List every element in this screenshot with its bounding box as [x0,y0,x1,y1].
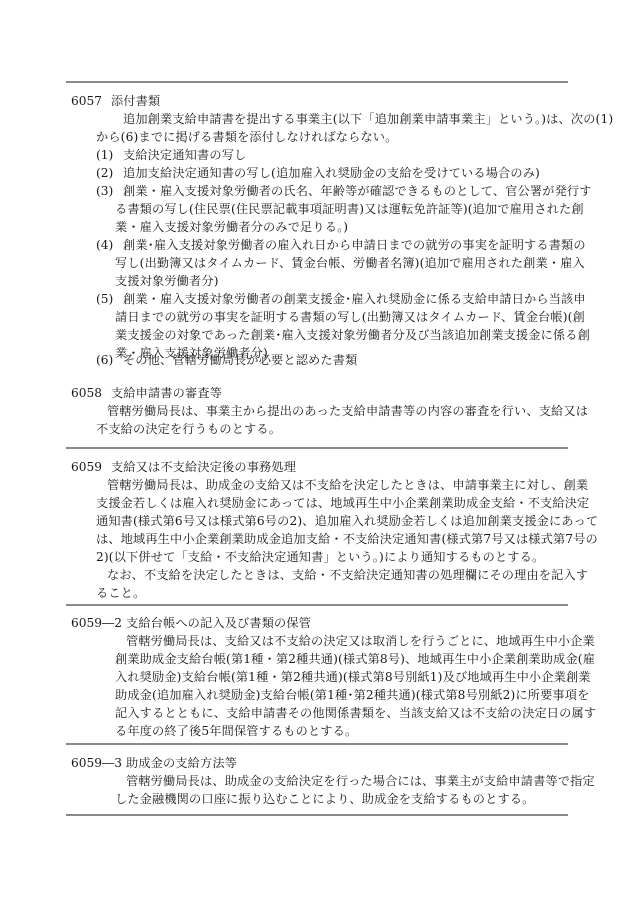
body-line: 助成金(追加雇入れ奨励金)支給台帳(第1種･第2種共通)(様式第8号別紙2)に所… [115,686,567,704]
item-label: (6) [96,351,113,369]
item-label: (1) [96,146,113,164]
item-text: 業・雇入支援対象労働者分のみで足りる。) [115,218,348,236]
divider [66,447,568,449]
item-text: 請日までの就労の事実を証明する書類の写し(出勤簿又はタイムカード、賃金台帳)(創 [115,308,567,326]
body-line: なお、不支給を決定したときは、支給・不支給決定通知書の処理欄にその理由を記入す [107,566,567,584]
body-line: は、地域再生中小企業創業助成金追加支給・不支給決定通知書(様式第7号又は様式第7… [96,530,567,548]
divider-top [66,81,568,83]
item-label: (3) [96,182,113,200]
item-label: (2) [96,164,113,182]
body-line: 不支給の決定を行うものとする。 [96,420,281,438]
item-text: 写し(出勤簿又はタイムカード、賃金台帳、労働者名簿)(追加で雇用された創業・雇入 [115,254,567,272]
item-text: 創業・雇入支援対象労働者の氏名、年齢等が確認できるものとして、官公署が発行す [123,182,567,200]
item-text: 創業･雇入支援対象労働者の雇入れ日から申請日までの就労の事実を証明する書類の [123,236,567,254]
item-text: る書類の写し(住民票(住民票記載事項証明書)又は運転免許証等)(追加で雇用された… [115,200,567,218]
section-title: 支給申請書の審査等 [111,384,222,402]
body-line: 通知書(様式第6号又は様式第6号の2)、追加雇入れ奨励金若しくは追加創業支援金に… [96,512,567,530]
section-title: 支給台帳への記入及び書類の保管 [126,614,311,632]
item-text: その他、管轄労働局長が必要と認めた書類 [123,351,357,369]
section-title: 助成金の支給方法等 [126,754,237,772]
section-number: 6058 [71,384,102,402]
body-line: 管轄労働局長は、支給又は不支給の決定又は取消しを行うごとに、地域再生中小企業 [126,632,567,650]
body-line: 管轄労働局長は、助成金の支給又は不支給を決定したときは、申請事業主に対し、創業 [107,476,567,494]
item-text: 追加支給決定通知書の写し(追加雇入れ奨励金の支給を受けている場合のみ) [123,164,540,182]
body-line: 記入するとともに、支給申請書その他関係書類を、当該支給又は不支給の決定日の属す [115,704,567,722]
body-line: 2)(以下併せて「支給・不支給決定通知書」という。)により通知するものとする。 [96,548,544,566]
section-title: 添付書類 [111,92,160,110]
divider [66,604,568,606]
section-number: 6059―2 [71,614,122,632]
divider-bottom [66,814,568,816]
body-line: 追加創業支給申請書を提出する事業主(以下「追加創業申請事業主」という。)は、次の… [123,110,567,128]
item-text: 業支援金の対象であった創業･雇入支援対象労働者分及び当該追加創業支援金に係る創 [115,326,567,344]
body-line: ること。 [96,584,145,602]
body-line: 管轄労働局長は、事業主から提出のあった支給申請書等の内容の審査を行い、支給又は [107,402,567,420]
section-number: 6059 [71,458,102,476]
item-text: 支援対象労働者分) [115,272,219,290]
section-number: 6059―3 [71,754,122,772]
item-text: 創業・雇入支援対象労働者の創業支援金･雇入れ奨励金に係る支給申請日から当該申 [123,290,567,308]
item-label: (4) [96,236,113,254]
item-label: (5) [96,290,113,308]
item-text: 支給決定通知書の写し [123,146,246,164]
body-line: 創業助成金支給台帳(第1種・第2種共通)(様式第8号)、地域再生中小企業創業助成… [115,650,567,668]
section-title: 支給又は不支給決定後の事務処理 [111,458,296,476]
body-line: した金融機関の口座に振り込むことにより、助成金を支給するものとする。 [115,790,534,808]
section-number: 6057 [71,92,102,110]
body-line: 入れ奨励金)支給台帳(第1種・第2種共通)(様式第8号別紙1)及び地域再生中小企… [115,668,567,686]
divider [66,743,568,745]
body-line: 管轄労働局長は、助成金の支給決定を行った場合には、事業主が支給申請書等で指定 [126,772,567,790]
body-line: から(6)までに掲げる書類を添付しなければならない。 [96,128,397,146]
body-line: 支援金若しくは雇入れ奨励金にあっては、地域再生中小企業創業助成金支給・不支給決定 [96,494,567,512]
body-line: る年度の終了後5年間保管するものとする。 [115,722,357,740]
